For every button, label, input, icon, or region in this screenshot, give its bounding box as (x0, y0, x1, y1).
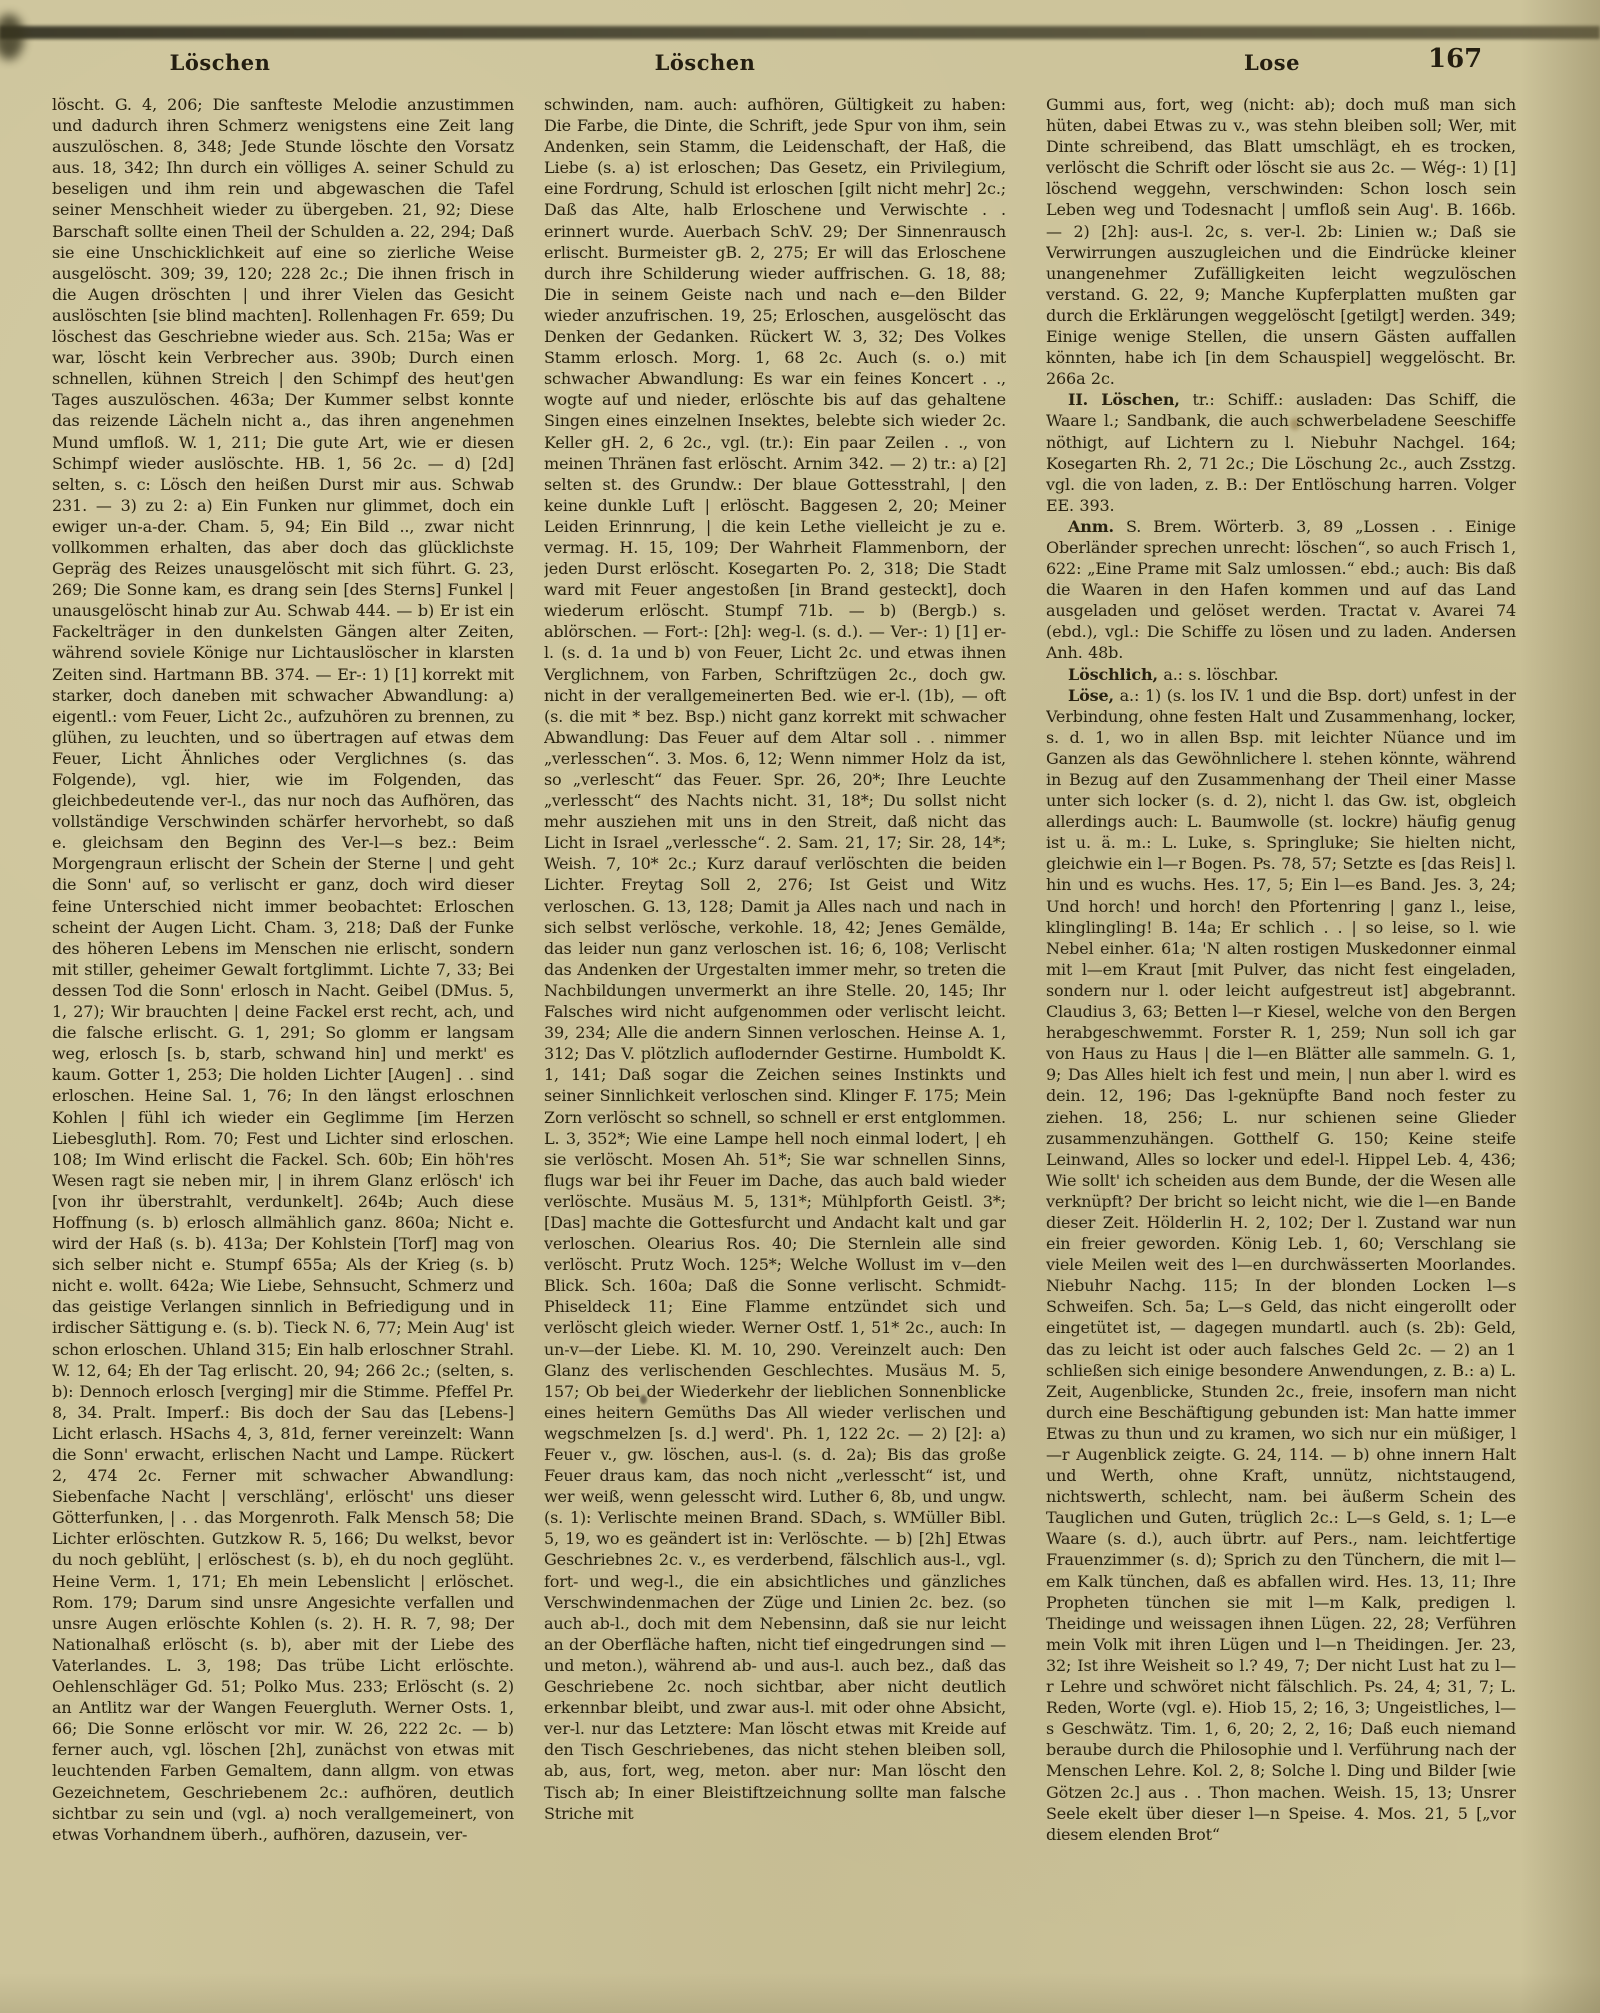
entry-headword: Löschlich, (1068, 665, 1158, 684)
scanned-dictionary-page: { "page": { "header": { "left": "Löschen… (0, 0, 1600, 2013)
entry-anmerkung: Anm. S. Brem. Wörterb. 3, 89 „Lossen . .… (1046, 516, 1516, 664)
entry-headword: Löse, (1068, 686, 1114, 705)
page-number: 167 (1428, 44, 1482, 74)
running-head-center: Löschen (655, 50, 756, 75)
page-edge-shading-right (1520, 0, 1600, 2013)
text-column-1: löscht. G. 4, 206; Die sanfteste Melodie… (52, 94, 514, 1894)
scan-edge-shadow-corner (0, 14, 24, 60)
text-column-2: schwinden, nam. auch: aufhören, Gültigke… (544, 94, 1006, 1894)
entry-headword: II. Löschen, (1068, 390, 1180, 409)
entry-loeschlich: Löschlich, a.: s. löschbar. (1046, 664, 1516, 685)
column-paragraph: löscht. G. 4, 206; Die sanfteste Melodie… (52, 94, 514, 1845)
entry-loeschen-ii: II. Löschen, tr.: Schiff.: ausladen: Das… (1046, 389, 1516, 516)
entry-headword: Anm. (1068, 517, 1114, 536)
running-head-left: Löschen (170, 50, 271, 75)
scan-edge-shadow-top (0, 26, 1600, 39)
page-edge-shading-bottom (0, 1973, 1600, 2013)
entry-loese: Löse, a.: 1) (s. los IV. 1 und die Bsp. … (1046, 685, 1516, 1845)
column-paragraph: Gummi aus, fort, weg (nicht: ab); doch m… (1046, 94, 1516, 389)
running-head-right: Lose (1244, 50, 1300, 75)
column-paragraph: schwinden, nam. auch: aufhören, Gültigke… (544, 94, 1006, 1824)
text-column-3: Gummi aus, fort, weg (nicht: ab); doch m… (1046, 94, 1516, 1894)
